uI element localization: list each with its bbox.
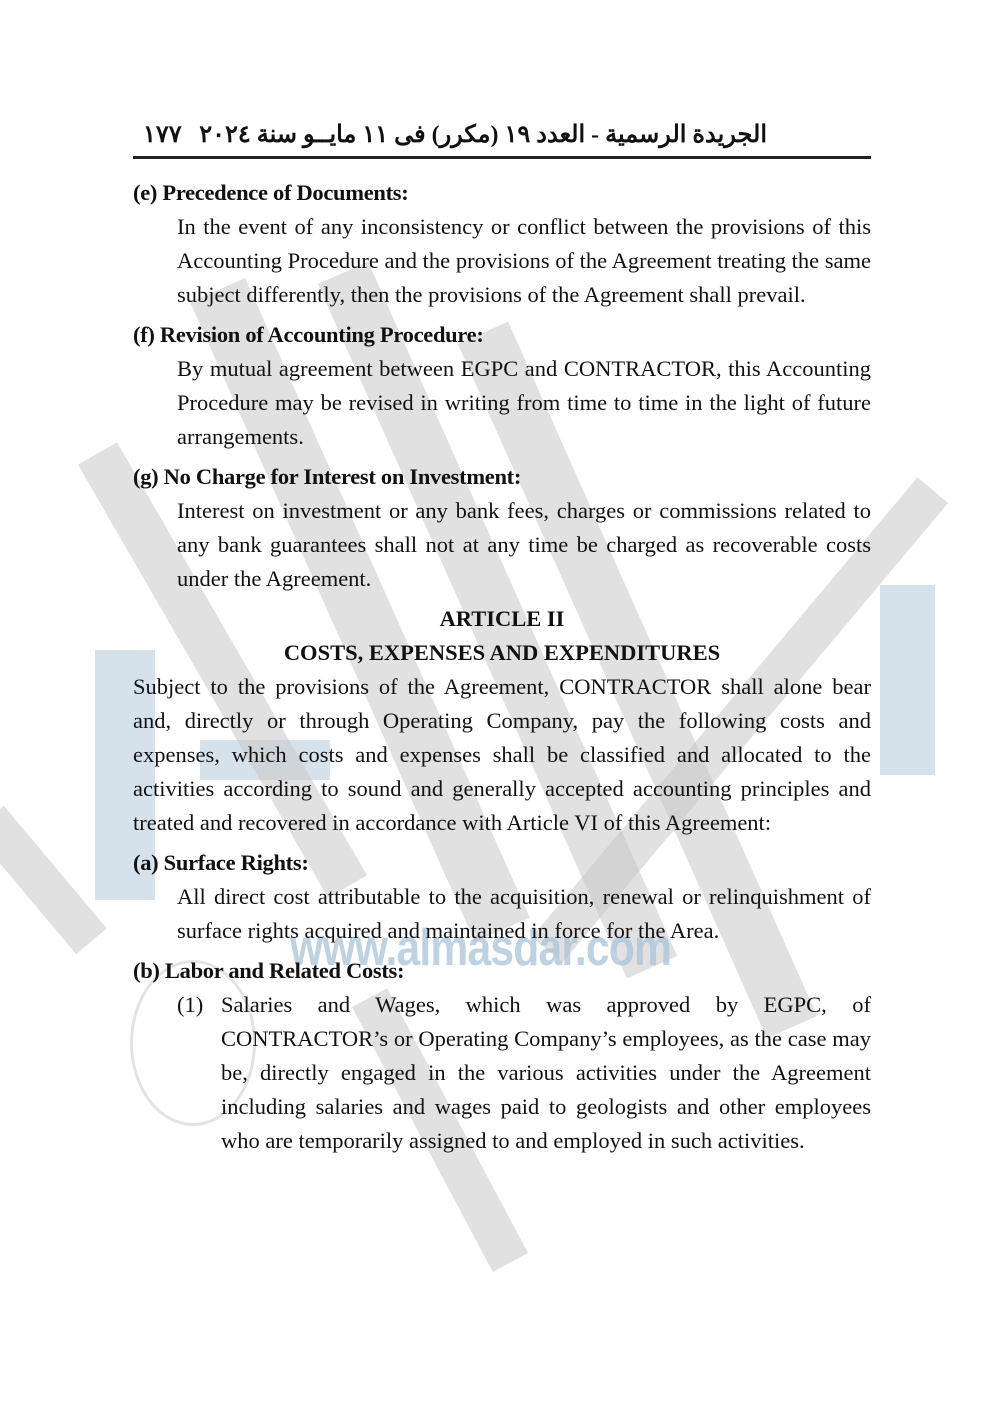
document-body: (e) Precedence of Documents: In the even… bbox=[133, 176, 871, 1158]
section-heading-f: (f) Revision of Accounting Procedure: bbox=[133, 318, 871, 352]
watermark-blue-block bbox=[880, 585, 935, 775]
article-number: ARTICLE II bbox=[133, 602, 871, 636]
gazette-title: الجريدة الرسمية - العدد ١٩ (مكرر) فى ١١ … bbox=[199, 120, 871, 149]
section-body-e: In the event of any inconsistency or con… bbox=[177, 210, 871, 312]
section-heading-g: (g) No Charge for Interest on Investment… bbox=[133, 460, 871, 494]
watermark-stroke bbox=[0, 806, 107, 954]
article-heading-a: (a) Surface Rights: bbox=[133, 846, 871, 880]
page-header: ١٧٧ الجريدة الرسمية - العدد ١٩ (مكرر) فى… bbox=[133, 112, 871, 159]
section-heading-e: (e) Precedence of Documents: bbox=[133, 176, 871, 210]
page-number: ١٧٧ bbox=[133, 120, 182, 149]
list-item-text: Salaries and Wages, which was approved b… bbox=[221, 988, 871, 1158]
article-intro: Subject to the provisions of the Agreeme… bbox=[133, 670, 871, 840]
list-item-number: (1) bbox=[177, 988, 221, 1158]
section-body-g: Interest on investment or any bank fees,… bbox=[177, 494, 871, 596]
article-body-a: All direct cost attributable to the acqu… bbox=[177, 880, 871, 948]
article-heading-b: (b) Labor and Related Costs: bbox=[133, 954, 871, 988]
section-body-f: By mutual agreement between EGPC and CON… bbox=[177, 352, 871, 454]
list-item: (1) Salaries and Wages, which was approv… bbox=[177, 988, 871, 1158]
article-title: COSTS, EXPENSES AND EXPENDITURES bbox=[133, 636, 871, 670]
